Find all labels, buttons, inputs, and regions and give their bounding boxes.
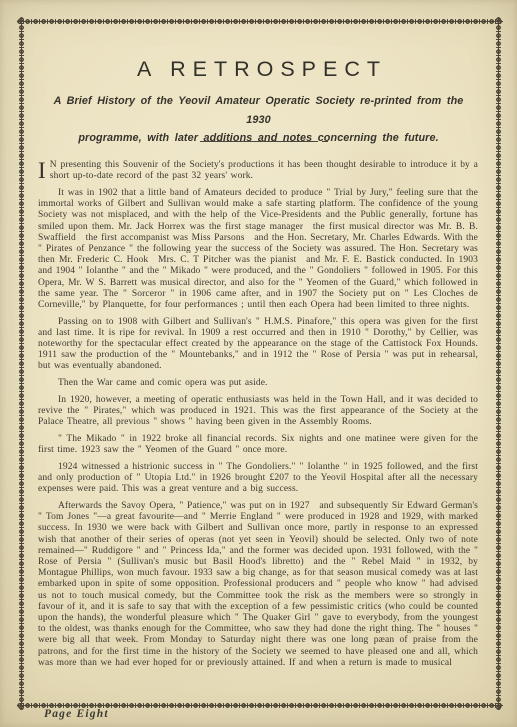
paragraph: " The Mikado " in 1922 broke all financi… bbox=[38, 434, 478, 456]
paragraph: Afterwards the Savoy Opera, " Patience,"… bbox=[38, 501, 478, 669]
bead-chain-border-top-icon bbox=[17, 17, 503, 26]
paragraph: In 1920, however, a meeting of operatic … bbox=[38, 395, 478, 429]
paragraph: Passing on to 1908 with Gilbert and Sull… bbox=[38, 317, 478, 373]
drop-cap: I bbox=[38, 160, 50, 181]
divider-rule bbox=[200, 141, 318, 142]
paragraph: It was in 1902 that a little band of Ama… bbox=[38, 188, 478, 311]
page-title: A RETROSPECT bbox=[0, 57, 517, 82]
page-subtitle: A Brief History of the Yeovil Amateur Op… bbox=[43, 92, 474, 148]
bead-chain-border-right-icon bbox=[494, 17, 503, 710]
paragraph: 1924 witnessed a histrionic success in "… bbox=[38, 462, 478, 496]
document-page: A RETROSPECT A Brief History of the Yeov… bbox=[0, 0, 517, 727]
paragraph: Then the War came and comic opera was pu… bbox=[38, 378, 478, 389]
paragraph: IN presenting this Souvenir of the Socie… bbox=[38, 160, 478, 182]
subtitle-line-1: A Brief History of the Yeovil Amateur Op… bbox=[43, 92, 474, 129]
subtitle-line-2: programme, with later additions and note… bbox=[43, 129, 474, 148]
page-number: Page Eight bbox=[44, 708, 109, 720]
article-body: IN presenting this Souvenir of the Socie… bbox=[38, 160, 478, 669]
bead-chain-border-left-icon bbox=[17, 17, 26, 710]
